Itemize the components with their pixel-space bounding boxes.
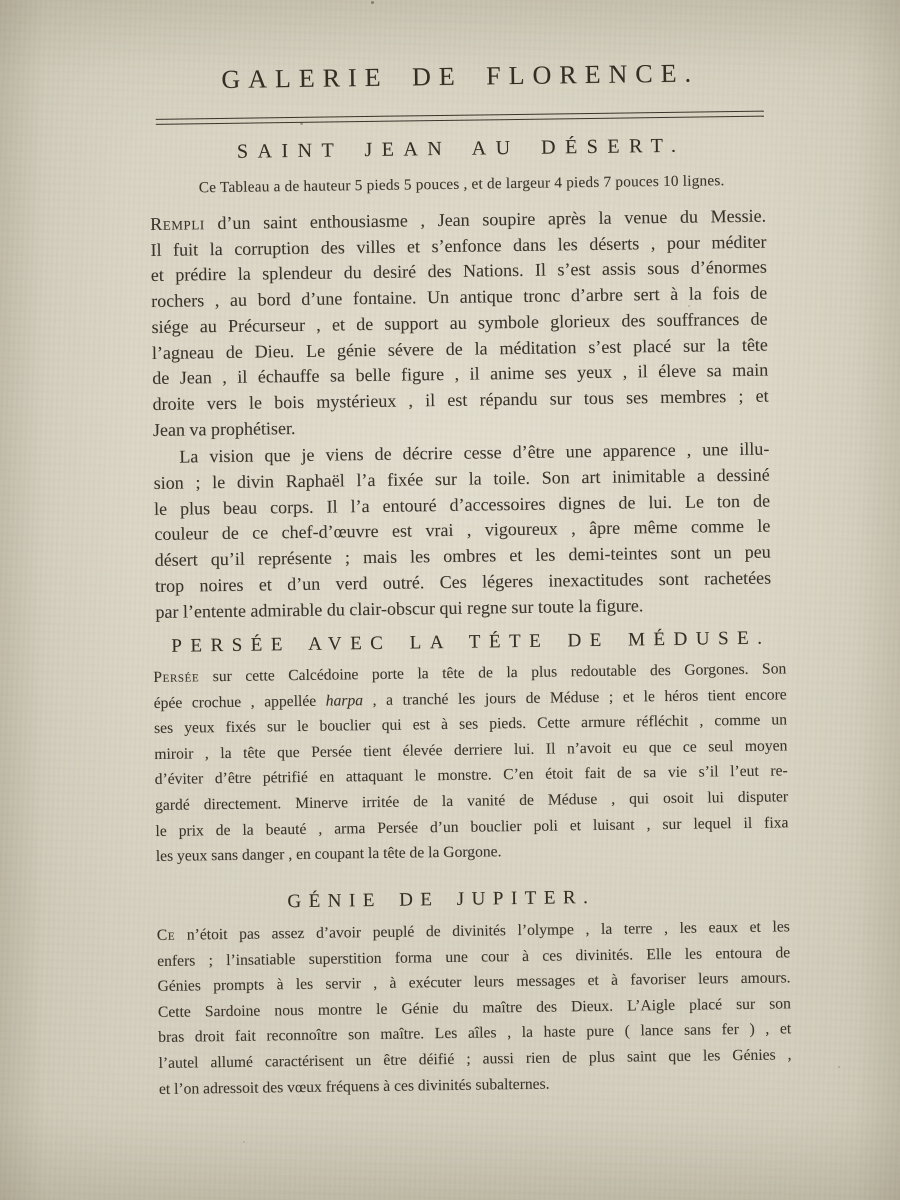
paper-speck (838, 1066, 840, 1068)
paragraph-saint-jean-1: Rempli d’un saint enthousiasme , Jean so… (150, 204, 769, 444)
photograph-of-book-page: { "meta": { "paper_color": "#d4cfbe", "i… (0, 0, 900, 1200)
painting-dimensions-note: Ce Tableau a de hauteur 5 pieds 5 pouces… (148, 171, 776, 198)
title-rule (156, 111, 764, 125)
paragraph-persee: Persée sur cette Calcédoine porte la têt… (153, 656, 789, 869)
paper-speck (371, 1, 374, 4)
section-heading-saint-jean-au-desert: SAINT JEAN AU DÉSERT. (147, 133, 775, 165)
section-heading-genie-de-jupiter: GÉNIE DE JUPITER. (127, 885, 755, 916)
paragraph-saint-jean-2: La vision que je viens de décrire cesse … (153, 437, 771, 625)
section-heading-persee: PERSÉE AVEC LA TÉTE DE MÉDUSE. (160, 627, 782, 657)
paragraph-genie-de-jupiter: Ce n’étoit pas assez d’avoir peuplé de d… (157, 914, 792, 1102)
section-saint-jean-body: Rempli d’un saint enthousiasme , Jean so… (150, 204, 772, 626)
printed-page-content: GALERIE DE FLORENCE. SAINT JEAN AU DÉSER… (146, 57, 789, 1180)
